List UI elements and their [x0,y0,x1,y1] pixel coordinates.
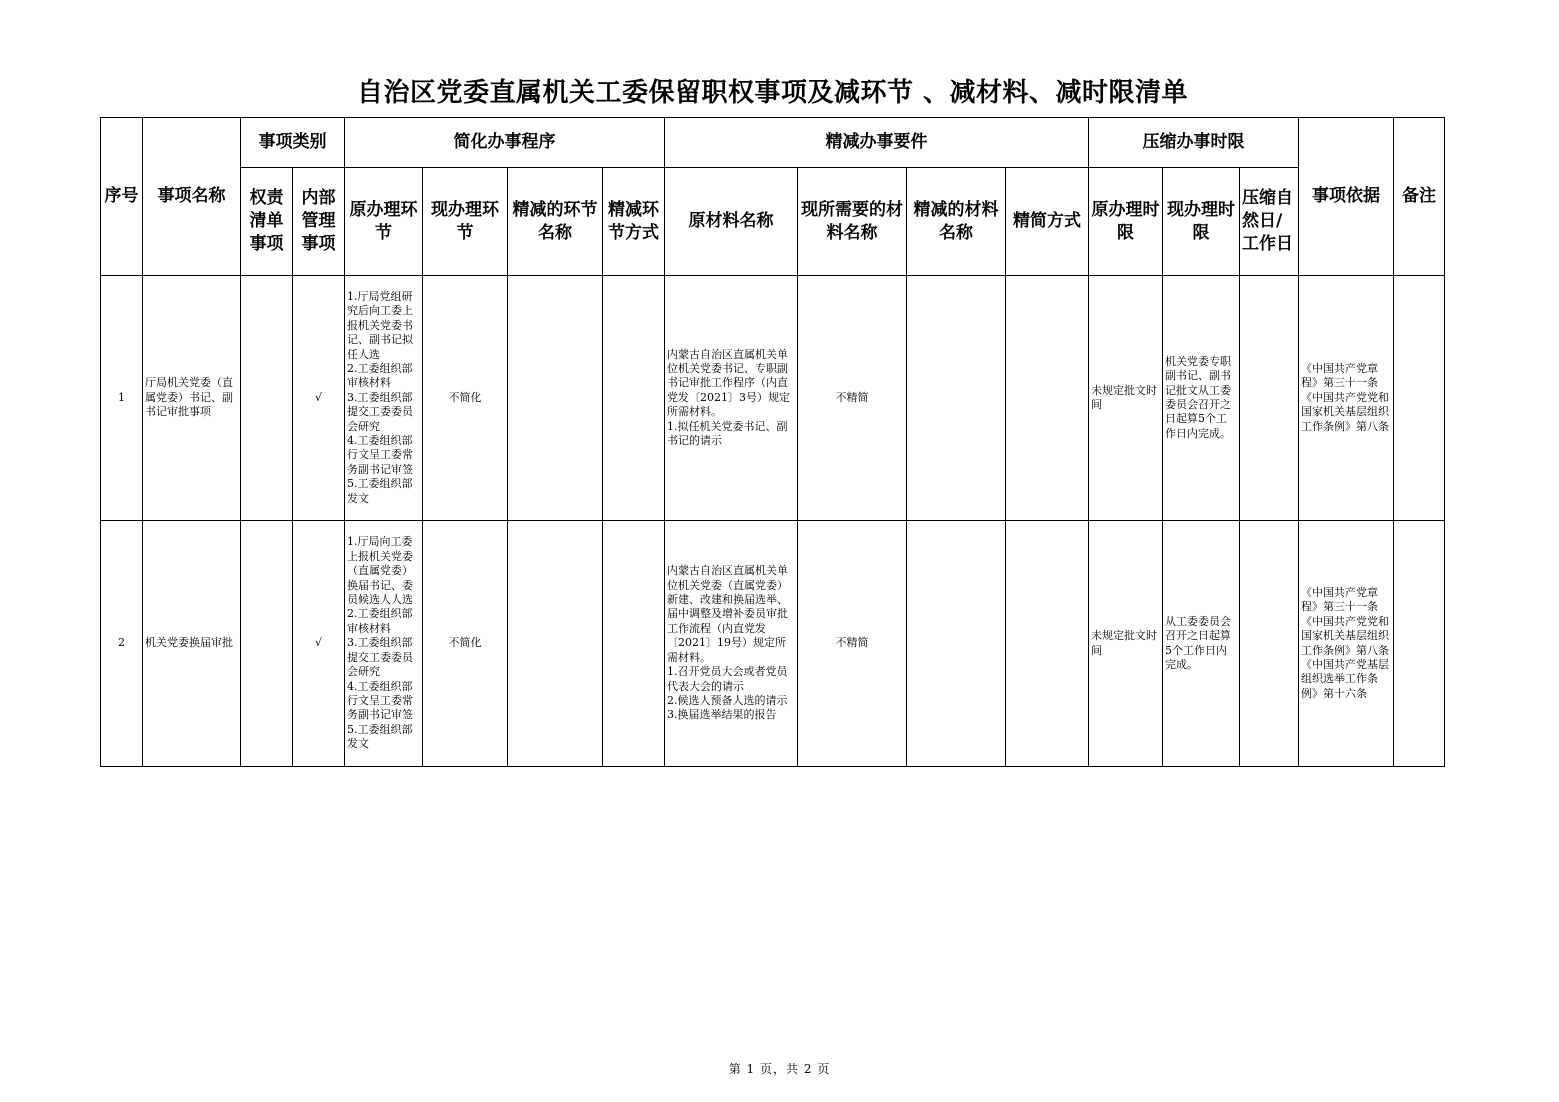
cell-reduced-steps [508,276,603,521]
cell-orig-steps: 1.厅局党组研究后向工委上报机关党委书记、副书记拟任人选 2.工委组织部审核材料… [345,276,423,521]
header-reduce-method: 精减环节方式 [603,168,665,276]
header-group-category: 事项类别 [241,118,345,168]
document-title: 自治区党委直属机关工委保留职权事项及减环节 、减材料、减时限清单 [0,72,1545,109]
cell-now-materials: 不精简 [798,521,907,767]
cell-compress-days [1240,276,1299,521]
cell-now-steps: 不简化 [423,276,508,521]
list-table: 序号 事项名称 事项类别 简化办事程序 精减办事要件 压缩办事时限 事项依据 备… [100,117,1445,767]
cell-item-name: 厅局机关党委（直属党委）书记、副书记审批事项 [143,276,241,521]
cell-now-steps: 不简化 [423,521,508,767]
cell-power-list [241,521,293,767]
cell-seq: 1 [101,276,143,521]
header-seq: 序号 [101,118,143,276]
header-internal: 内部管理事项 [293,168,345,276]
cell-simplify-method [1006,276,1089,521]
header-row-group: 序号 事项名称 事项类别 简化办事程序 精减办事要件 压缩办事时限 事项依据 备… [101,118,1445,168]
header-reduced-materials: 精减的材料名称 [907,168,1006,276]
cell-compress-days [1240,521,1299,767]
cell-basis: 《中国共产党章程》第三十一条 《中国共产党党和国家机关基层组织工作条例》第八条 [1299,276,1394,521]
header-orig-time: 原办理时限 [1089,168,1163,276]
header-now-materials: 现所需要的材料名称 [798,168,907,276]
cell-reduced-materials [907,521,1006,767]
cell-reduced-steps [508,521,603,767]
cell-internal-check: √ [293,521,345,767]
cell-internal-check: √ [293,276,345,521]
cell-orig-time: 未规定批文时间 [1089,521,1163,767]
cell-remarks [1394,521,1445,767]
header-simplify-method: 精简方式 [1006,168,1089,276]
cell-remarks [1394,276,1445,521]
cell-item-name: 机关党委换届审批 [143,521,241,767]
cell-orig-materials: 内蒙古自治区直属机关单位机关党委（直属党委）新建、改建和换届选举、届中调整及增补… [665,521,798,767]
header-group-procedure: 简化办事程序 [345,118,665,168]
cell-orig-materials: 内蒙古自治区直属机关单位机关党委书记、专职副书记审批工作程序（内直党发〔2021… [665,276,798,521]
header-orig-steps: 原办理环节 [345,168,423,276]
cell-seq: 2 [101,521,143,767]
cell-now-materials: 不精简 [798,276,907,521]
table-row: 1 厅局机关党委（直属党委）书记、副书记审批事项 √ 1.厅局党组研究后向工委上… [101,276,1445,521]
cell-now-time: 机关党委专职副书记、副书记批文从工委委员会召开之日起算5个工作日内完成。 [1163,276,1240,521]
cell-power-list [241,276,293,521]
cell-basis: 《中国共产党章程》第三十一条 《中国共产党党和国家机关基层组织工作条例》第八条 … [1299,521,1394,767]
header-orig-materials: 原材料名称 [665,168,798,276]
cell-simplify-method [1006,521,1089,767]
cell-reduce-method [603,276,665,521]
header-item-name: 事项名称 [143,118,241,276]
header-row-columns: 权责清单事项 内部管理事项 原办理环节 现办理环节 精减的环节名称 精减环节方式… [101,168,1445,276]
header-basis: 事项依据 [1299,118,1394,276]
header-power-list: 权责清单事项 [241,168,293,276]
header-group-time: 压缩办事时限 [1089,118,1299,168]
page-indicator: 第 1 页，共 2 页 [0,1060,1559,1077]
header-reduced-steps: 精减的环节名称 [508,168,603,276]
cell-reduced-materials [907,276,1006,521]
cell-orig-steps: 1.厅局向工委上报机关党委（直属党委）换届书记、委员候选人人选 2.工委组织部审… [345,521,423,767]
cell-now-time: 从工委委员会召开之日起算5个工作日内完成。 [1163,521,1240,767]
cell-reduce-method [603,521,665,767]
table-row: 2 机关党委换届审批 √ 1.厅局向工委上报机关党委（直属党委）换届书记、委员候… [101,521,1445,767]
header-compress-days: 压缩自然日/工作日 [1240,168,1299,276]
header-group-materials: 精减办事要件 [665,118,1089,168]
header-remarks: 备注 [1394,118,1445,276]
header-now-steps: 现办理环节 [423,168,508,276]
header-now-time: 现办理时限 [1163,168,1240,276]
cell-orig-time: 未规定批文时间 [1089,276,1163,521]
